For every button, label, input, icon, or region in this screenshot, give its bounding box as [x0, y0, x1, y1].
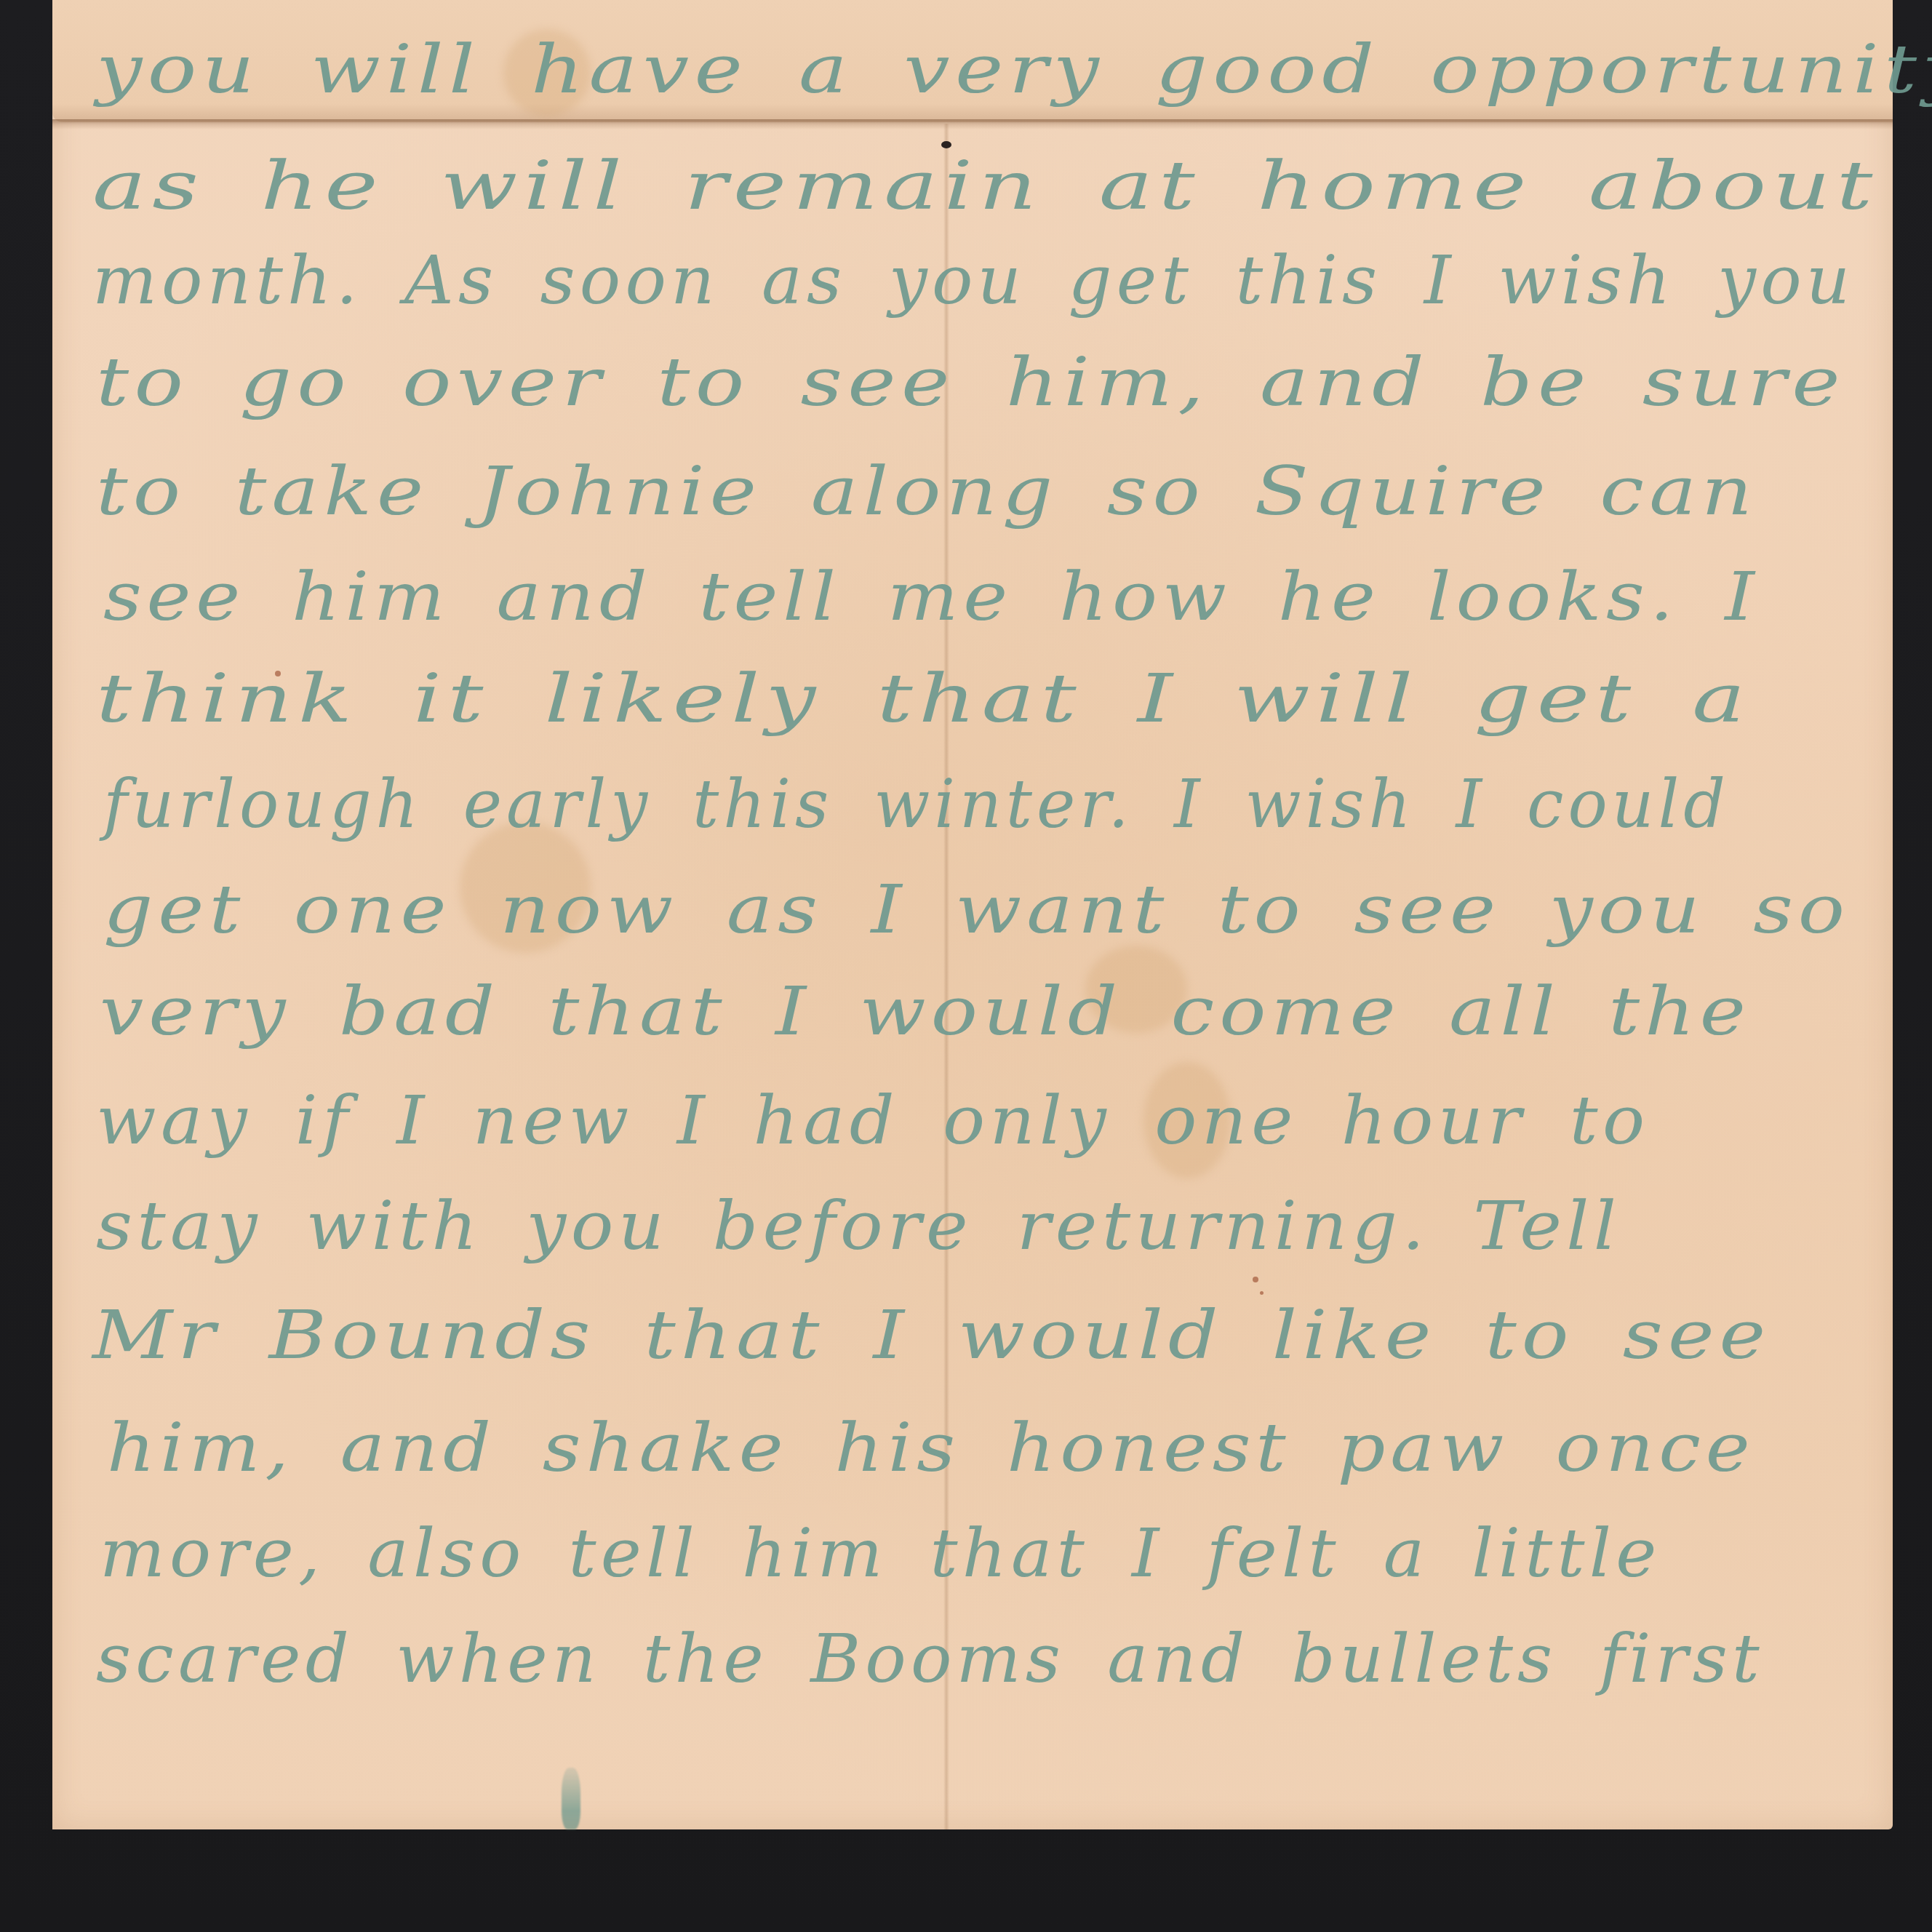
text-line: as he will remain at home about a [92, 153, 1932, 220]
text-line: see him and tell me how he looks. I [103, 564, 1760, 631]
text-line: to go over to see him, and be sure [96, 349, 1845, 416]
text-line: very bad that I would come all the [100, 978, 1751, 1045]
text-line: scared when the Booms and bullets first [96, 1626, 1764, 1693]
text-line: him, and shake his honest paw once [107, 1415, 1755, 1482]
text-line: think it likely that I will get a [96, 666, 1751, 733]
text-line: furlough early this winter. I wish I cou… [103, 771, 1730, 838]
text-line: month. As soon as you get this I wish yo… [92, 247, 1854, 314]
handwritten-text: you will have a very good opportunity as… [52, 0, 1893, 1829]
text-line: way if I new I had only one hour to [96, 1087, 1649, 1154]
text-line: you will have a very good opportunity [96, 36, 1932, 103]
text-line: stay with you before returning. Tell [96, 1193, 1621, 1260]
text-line: Mr Bounds that I would like to see [92, 1302, 1771, 1369]
letter-page: you will have a very good opportunity as… [52, 0, 1893, 1829]
scan-background: you will have a very good opportunity as… [0, 0, 1932, 1932]
text-line: get one now as I want to see you so [103, 877, 1850, 943]
text-line: to take Johnie along so Squire can [96, 458, 1757, 525]
text-line: more, also tell him that I felt a little [100, 1520, 1661, 1587]
